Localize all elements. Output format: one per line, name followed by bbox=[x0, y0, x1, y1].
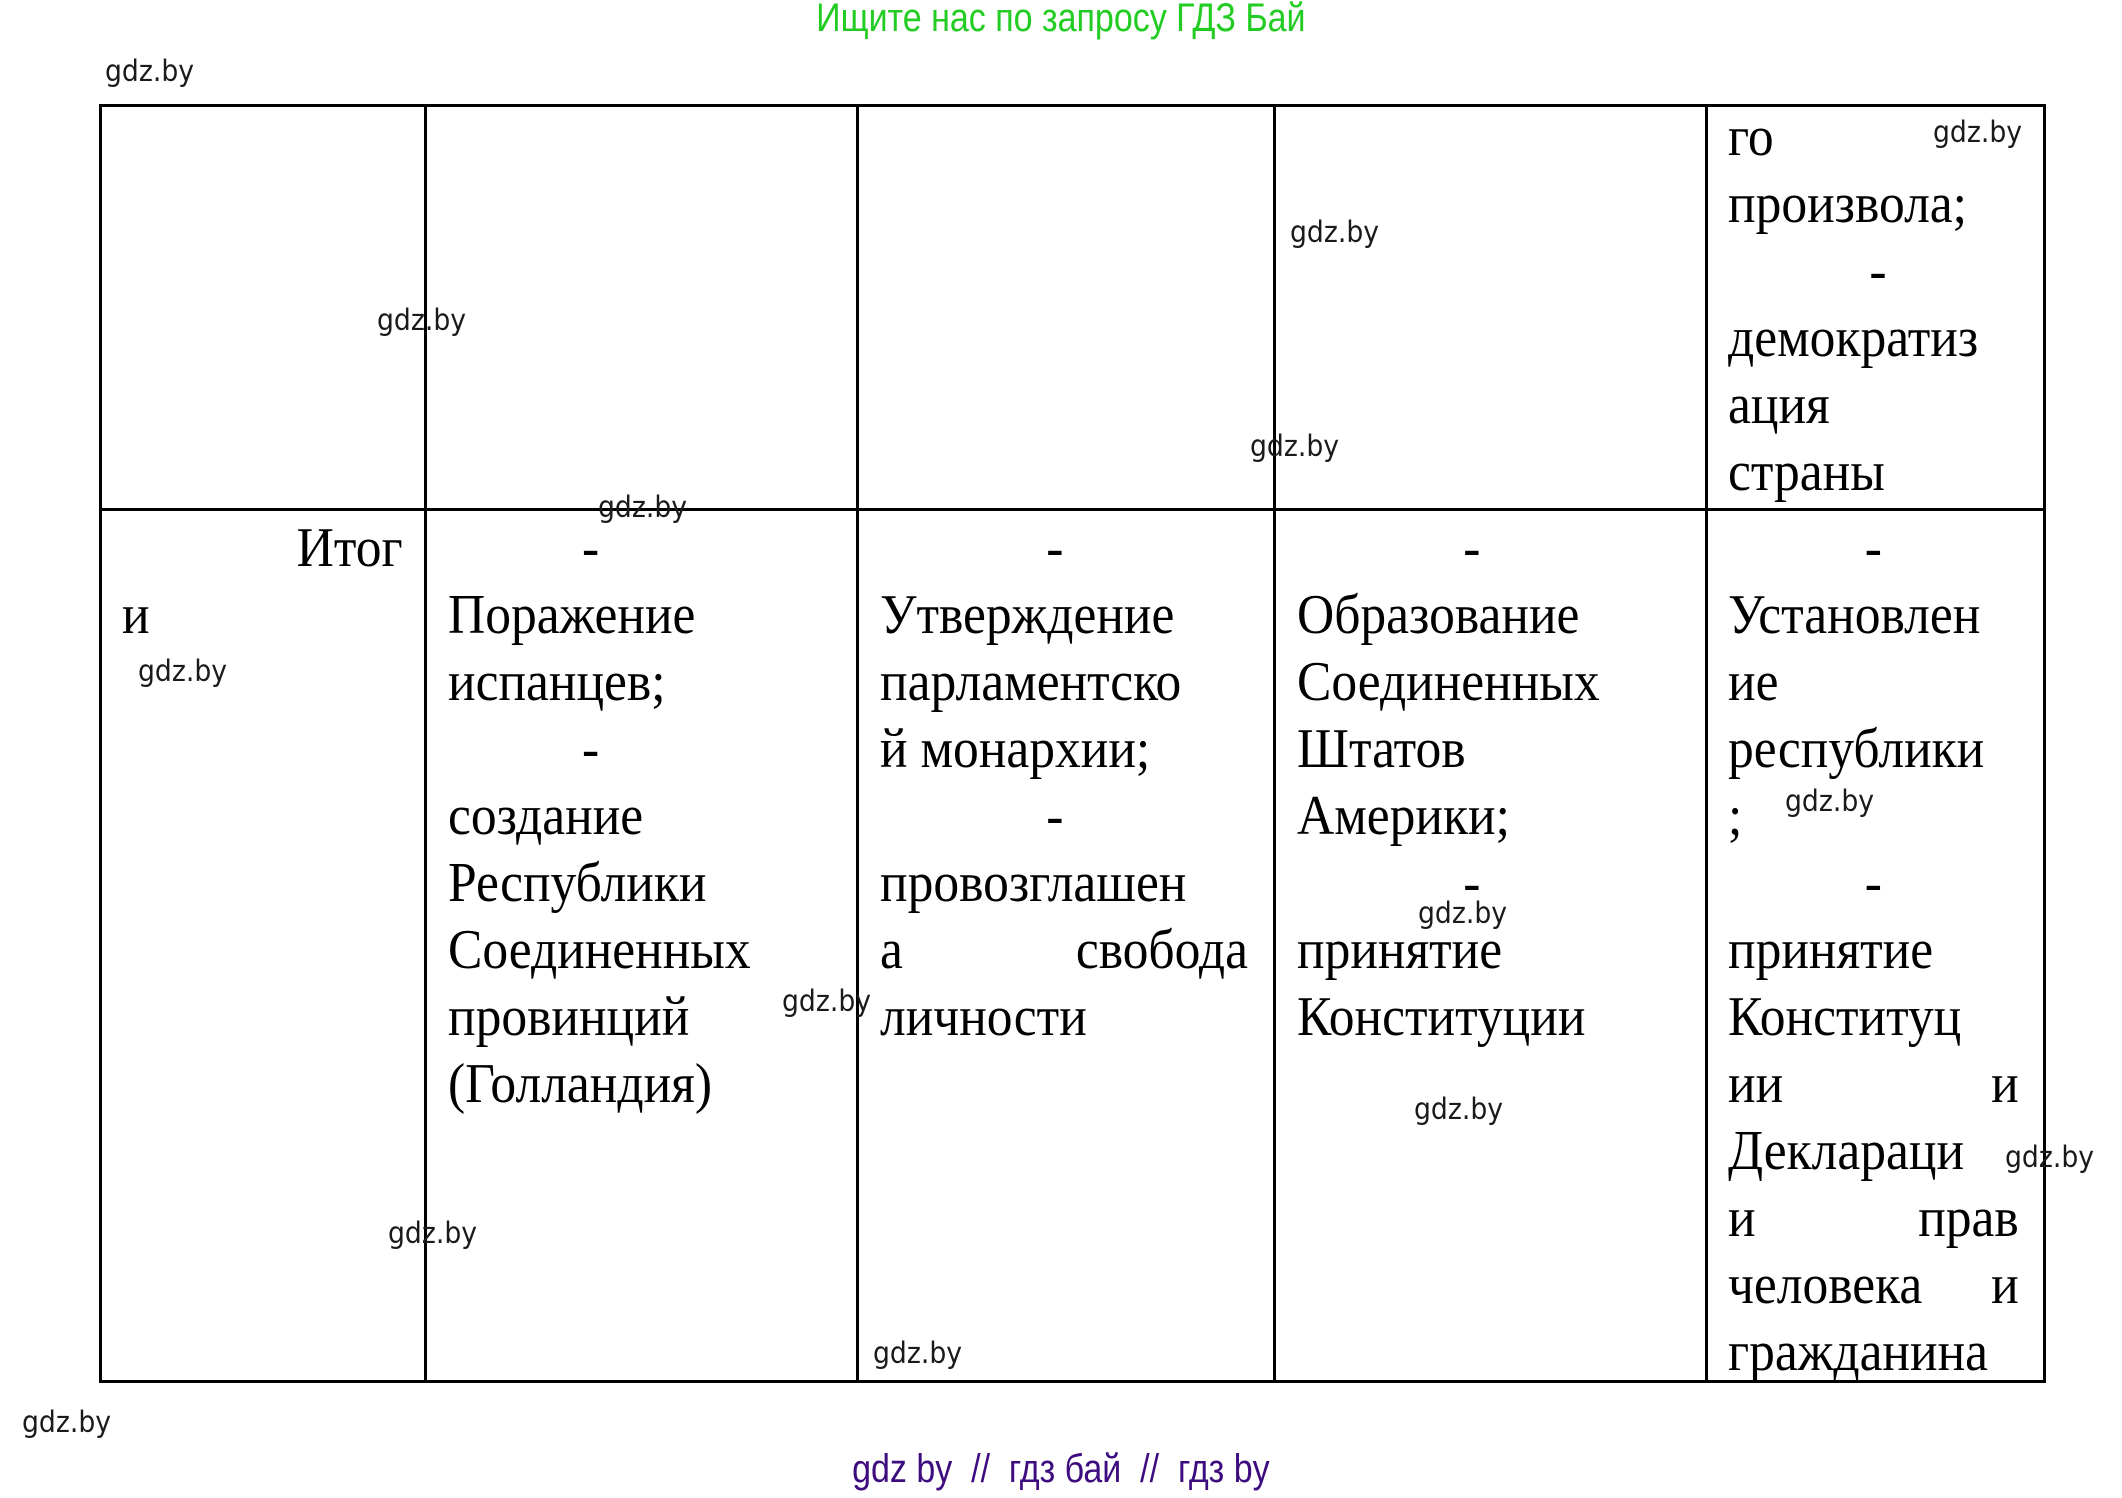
watermark: gdz.by bbox=[2005, 1143, 2094, 1172]
row-divider bbox=[99, 508, 2046, 511]
cell-line: Конституц bbox=[1728, 984, 2022, 1051]
cell-line: ; bbox=[1728, 783, 2022, 850]
cell-line: парламентско bbox=[880, 649, 1280, 716]
watermark: gdz.by bbox=[782, 987, 871, 1016]
cell-line: Итог bbox=[122, 515, 403, 582]
cell-line: - bbox=[880, 515, 1230, 582]
cell-line: ация bbox=[1728, 372, 2028, 439]
column-divider bbox=[1705, 104, 1708, 1383]
cell-line: Америки; bbox=[1297, 783, 1693, 850]
cell-line: испанцев; bbox=[448, 649, 834, 716]
cell-line: Штатов bbox=[1297, 716, 1693, 783]
table-cell-r2c3: - Утверждение парламентско й монархии; -… bbox=[880, 515, 1280, 1051]
table-cell-r2c5: - Установлен ие республики ; - принятие … bbox=[1728, 515, 2022, 1386]
cell-line: Соединенных bbox=[1297, 649, 1693, 716]
cell-line: гражданина bbox=[1728, 1319, 2022, 1386]
word: свобода bbox=[1076, 917, 1248, 984]
cell-line: Установлен bbox=[1728, 582, 2022, 649]
watermark: gdz.by bbox=[1250, 432, 1339, 461]
watermark: gdz.by bbox=[22, 1408, 111, 1437]
cell-line: Поражение bbox=[448, 582, 834, 649]
word: и bbox=[1991, 1252, 2019, 1319]
watermark: gdz.by bbox=[1933, 118, 2022, 147]
cell-line: принятие bbox=[1728, 917, 2022, 984]
word: человека bbox=[1728, 1252, 1922, 1319]
cell-line: Конституции bbox=[1297, 984, 1693, 1051]
cell-line: и bbox=[122, 582, 403, 649]
cell-line: страны bbox=[1728, 439, 2028, 506]
cell-line: - bbox=[1728, 515, 2019, 582]
table-cell-r2c2: - Поражение испанцев; - создание Республ… bbox=[448, 515, 834, 1118]
cell-line: - bbox=[1728, 238, 2028, 305]
footer-banner: gdz by // гдз бай // гдз by bbox=[159, 1447, 1963, 1492]
cell-line: - bbox=[1297, 515, 1647, 582]
cell-line: - bbox=[448, 716, 733, 783]
word: ии bbox=[1728, 1051, 1783, 1118]
cell-line: произвола; bbox=[1728, 171, 2028, 238]
watermark: gdz.by bbox=[377, 306, 466, 335]
watermark: gdz.by bbox=[388, 1219, 477, 1248]
cell-line: провозглашен bbox=[880, 850, 1280, 917]
cell-line: демократиз bbox=[1728, 305, 2028, 372]
table-cell-r1c5: го произвола; - демократиз ация страны bbox=[1728, 104, 2028, 506]
cell-line: асвобода bbox=[880, 917, 1248, 984]
word: и bbox=[1991, 1051, 2019, 1118]
table-cell-r2c1: Итог и bbox=[122, 515, 403, 649]
word: прав bbox=[1918, 1185, 2019, 1252]
column-divider bbox=[424, 104, 427, 1383]
cell-line: человекаи bbox=[1728, 1252, 2019, 1319]
cell-line: ие bbox=[1728, 649, 2022, 716]
cell-line: республики bbox=[1728, 716, 2022, 783]
cell-line: - bbox=[880, 783, 1230, 850]
cell-line: - bbox=[448, 515, 733, 582]
word: а bbox=[880, 917, 903, 984]
cell-line: создание bbox=[448, 783, 834, 850]
cell-line: иправ bbox=[1728, 1185, 2019, 1252]
column-divider bbox=[856, 104, 859, 1383]
watermark: gdz.by bbox=[1418, 899, 1507, 928]
watermark: gdz.by bbox=[1290, 218, 1379, 247]
promo-heading: Ищите нас по запросу ГДЗ Бай bbox=[159, 0, 1963, 41]
cell-line: провинций bbox=[448, 984, 834, 1051]
watermark: gdz.by bbox=[105, 57, 194, 86]
cell-line: Деклараци bbox=[1728, 1118, 2022, 1185]
watermark: gdz.by bbox=[598, 493, 687, 522]
cell-line: Соединенных bbox=[448, 917, 834, 984]
word: и bbox=[1728, 1185, 1756, 1252]
cell-line: Утверждение bbox=[880, 582, 1280, 649]
cell-line: иии bbox=[1728, 1051, 2019, 1118]
cell-line: - bbox=[1728, 850, 2019, 917]
watermark: gdz.by bbox=[873, 1339, 962, 1368]
cell-line: (Голландия) bbox=[448, 1051, 834, 1118]
cell-line: Республики bbox=[448, 850, 834, 917]
table-cell-r2c4: - Образование Соединенных Штатов Америки… bbox=[1297, 515, 1693, 1051]
cell-line: личности bbox=[880, 984, 1280, 1051]
cell-line: й монархии; bbox=[880, 716, 1280, 783]
watermark: gdz.by bbox=[138, 657, 227, 686]
watermark: gdz.by bbox=[1785, 787, 1874, 816]
watermark: gdz.by bbox=[1414, 1095, 1503, 1124]
cell-line: Образование bbox=[1297, 582, 1693, 649]
